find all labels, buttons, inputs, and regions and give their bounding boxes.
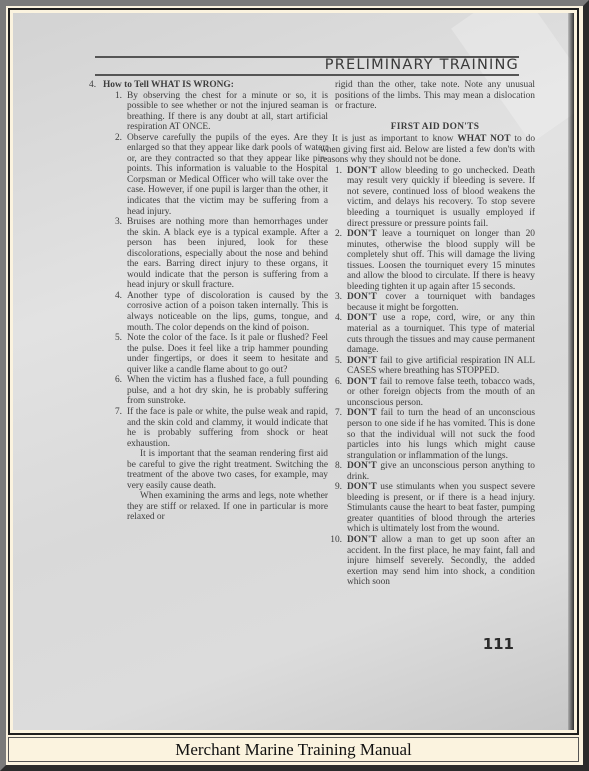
dont-label: DON'T [347,408,377,418]
donts-intro: It is just as important to know WHAT NOT… [320,134,535,166]
item-text: If the face is pale or white, the pulse … [127,407,328,449]
dont-label: DON'T [347,313,377,323]
item-text: Bruises are nothing more than hemorrhage… [127,217,328,291]
intro-text: It is just as important to know [332,134,457,144]
item-text: Observe carefully the pupils of the eyes… [127,133,328,217]
paragraph: When examining the arms and legs, note w… [127,491,328,523]
item-number: 4. [327,313,347,355]
list-item: 7.If the face is pale or white, the puls… [101,407,328,449]
item-text: DON'T give an unconscious person anythin… [347,461,535,482]
dont-label: DON'T [347,229,377,239]
dont-list-item: 10.DON'T allow a man to get up soon afte… [327,535,535,588]
dont-text: allow bleeding to go unchecked. Death ma… [347,166,535,229]
item-text: DON'T fail to turn the head of an uncons… [347,408,535,461]
item-text: Another type of discoloration is caused … [127,291,328,333]
header-rule-bottom [95,74,519,76]
item-text: DON'T use a rope, cord, wire, or any thi… [347,313,535,355]
item-number: 3. [101,217,127,291]
first-aid-donts-heading: FIRST AID DON'TS [335,122,535,133]
item-text: When the victim has a flushed face, a fu… [127,375,328,407]
item-text: Note the color of the face. Is it pale o… [127,333,328,375]
scanned-page-frame: PRELIMINARY TRAINING 4.How to Tell WHAT … [8,8,579,735]
item-number: 5. [327,356,347,377]
dont-label: DON'T [347,377,377,387]
list-item: 4.Another type of discoloration is cause… [101,291,328,333]
paragraph: It is important that the seaman renderin… [127,449,328,491]
item-text: DON'T cover a tourniquet with bandages b… [347,292,535,313]
item-number: 7. [327,408,347,461]
item-number: 10. [327,535,347,588]
dont-list-item: 6.DON'T fail to remove false teeth, toba… [327,377,535,409]
item-number: 5. [101,333,127,375]
dont-label: DON'T [347,461,377,471]
item-text: DON'T allow a man to get up soon after a… [347,535,535,588]
dont-list-item: 1.DON'T allow bleeding to go unchecked. … [327,166,535,229]
section-number: 4. [89,80,103,91]
right-column: rigid than the other, take note. Note an… [335,80,535,588]
list-item: 5.Note the color of the face. Is it pale… [101,333,328,375]
list-item: 3.Bruises are nothing more than hemorrha… [101,217,328,291]
dont-label: DON'T [347,292,377,302]
item-number: 1. [101,91,127,133]
item-number: 1. [327,166,347,229]
item-number: 2. [101,133,127,217]
dont-list-item: 9.DON'T use stimulants when you suspect … [327,482,535,535]
dont-label: DON'T [347,535,377,545]
dont-list-item: 8.DON'T give an unconscious person anyth… [327,461,535,482]
item-text: DON'T use stimulants when you suspect se… [347,482,535,535]
item-number: 6. [101,375,127,407]
dont-list-item: 4.DON'T use a rope, cord, wire, or any t… [327,313,535,355]
image-caption: Merchant Marine Training Manual [8,737,579,762]
page-number: 111 [483,635,514,653]
running-head: PRELIMINARY TRAINING [325,57,519,74]
item-text: DON'T fail to give artificial respiratio… [347,356,535,377]
dont-list-item: 5.DON'T fail to give artificial respirat… [327,356,535,377]
list-item: 2.Observe carefully the pupils of the ey… [101,133,328,217]
dont-label: DON'T [347,166,377,176]
item-text: By observing the chest for a minute or s… [127,91,328,133]
list-item: 1.By observing the chest for a minute or… [101,91,328,133]
left-column: 4.How to Tell WHAT IS WRONG: 1.By observ… [101,80,328,523]
item-number: 9. [327,482,347,535]
item-number: 6. [327,377,347,409]
dont-label: DON'T [347,356,377,366]
item-number: 2. [327,229,347,292]
item-text: DON'T fail to remove false teeth, tobacc… [347,377,535,409]
item-text: DON'T allow bleeding to go unchecked. De… [347,166,535,229]
item-number: 4. [101,291,127,333]
item-number: 3. [327,292,347,313]
dont-list-item: 3.DON'T cover a tourniquet with bandages… [327,292,535,313]
dont-list-item: 7.DON'T fail to turn the head of an unco… [327,408,535,461]
item-number: 7. [101,407,127,449]
intro-emphasis: WHAT NOT [457,134,510,144]
dont-label: DON'T [347,482,377,492]
scanned-page: PRELIMINARY TRAINING 4.How to Tell WHAT … [13,13,574,730]
item-number: 8. [327,461,347,482]
item-text: DON'T leave a tourniquet on longer than … [347,229,535,292]
section-heading: 4.How to Tell WHAT IS WRONG: [89,80,328,91]
list-item: 6.When the victim has a flushed face, a … [101,375,328,407]
section-title: How to Tell WHAT IS WRONG: [103,80,234,90]
dont-list-item: 2.DON'T leave a tourniquet on longer tha… [327,229,535,292]
continuation-text: rigid than the other, take note. Note an… [335,80,535,112]
